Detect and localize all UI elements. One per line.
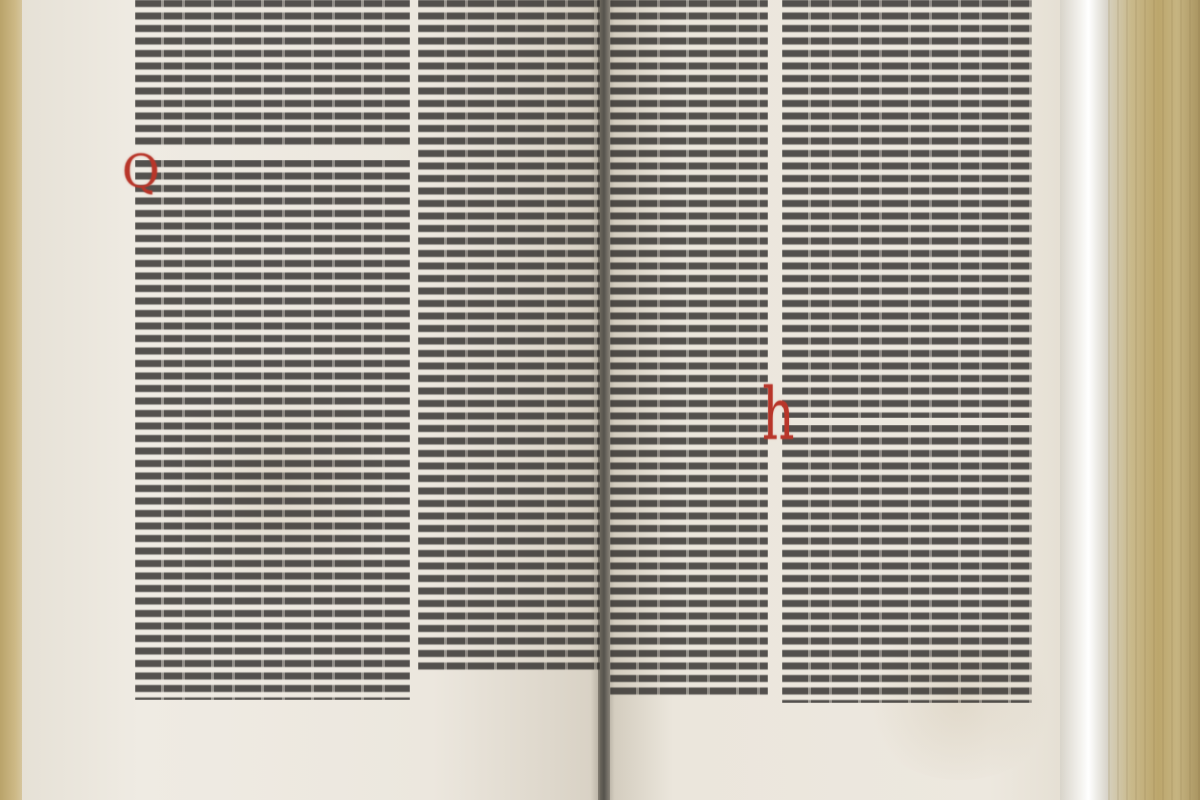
right-page-column-1 xyxy=(610,0,768,700)
right-page-column-2-bottom xyxy=(782,425,1032,703)
left-page-column-2 xyxy=(418,0,600,672)
red-initial-h: h xyxy=(762,378,794,450)
left-page-column-1 xyxy=(135,160,410,700)
left-page-column-1-top xyxy=(135,0,410,148)
binding-board-right xyxy=(1108,0,1200,800)
page-edges-stack xyxy=(1060,0,1112,800)
red-initial-q: Q xyxy=(122,148,160,194)
book-photo: Q h xyxy=(0,0,1200,800)
right-page-column-2-top xyxy=(782,0,1032,418)
